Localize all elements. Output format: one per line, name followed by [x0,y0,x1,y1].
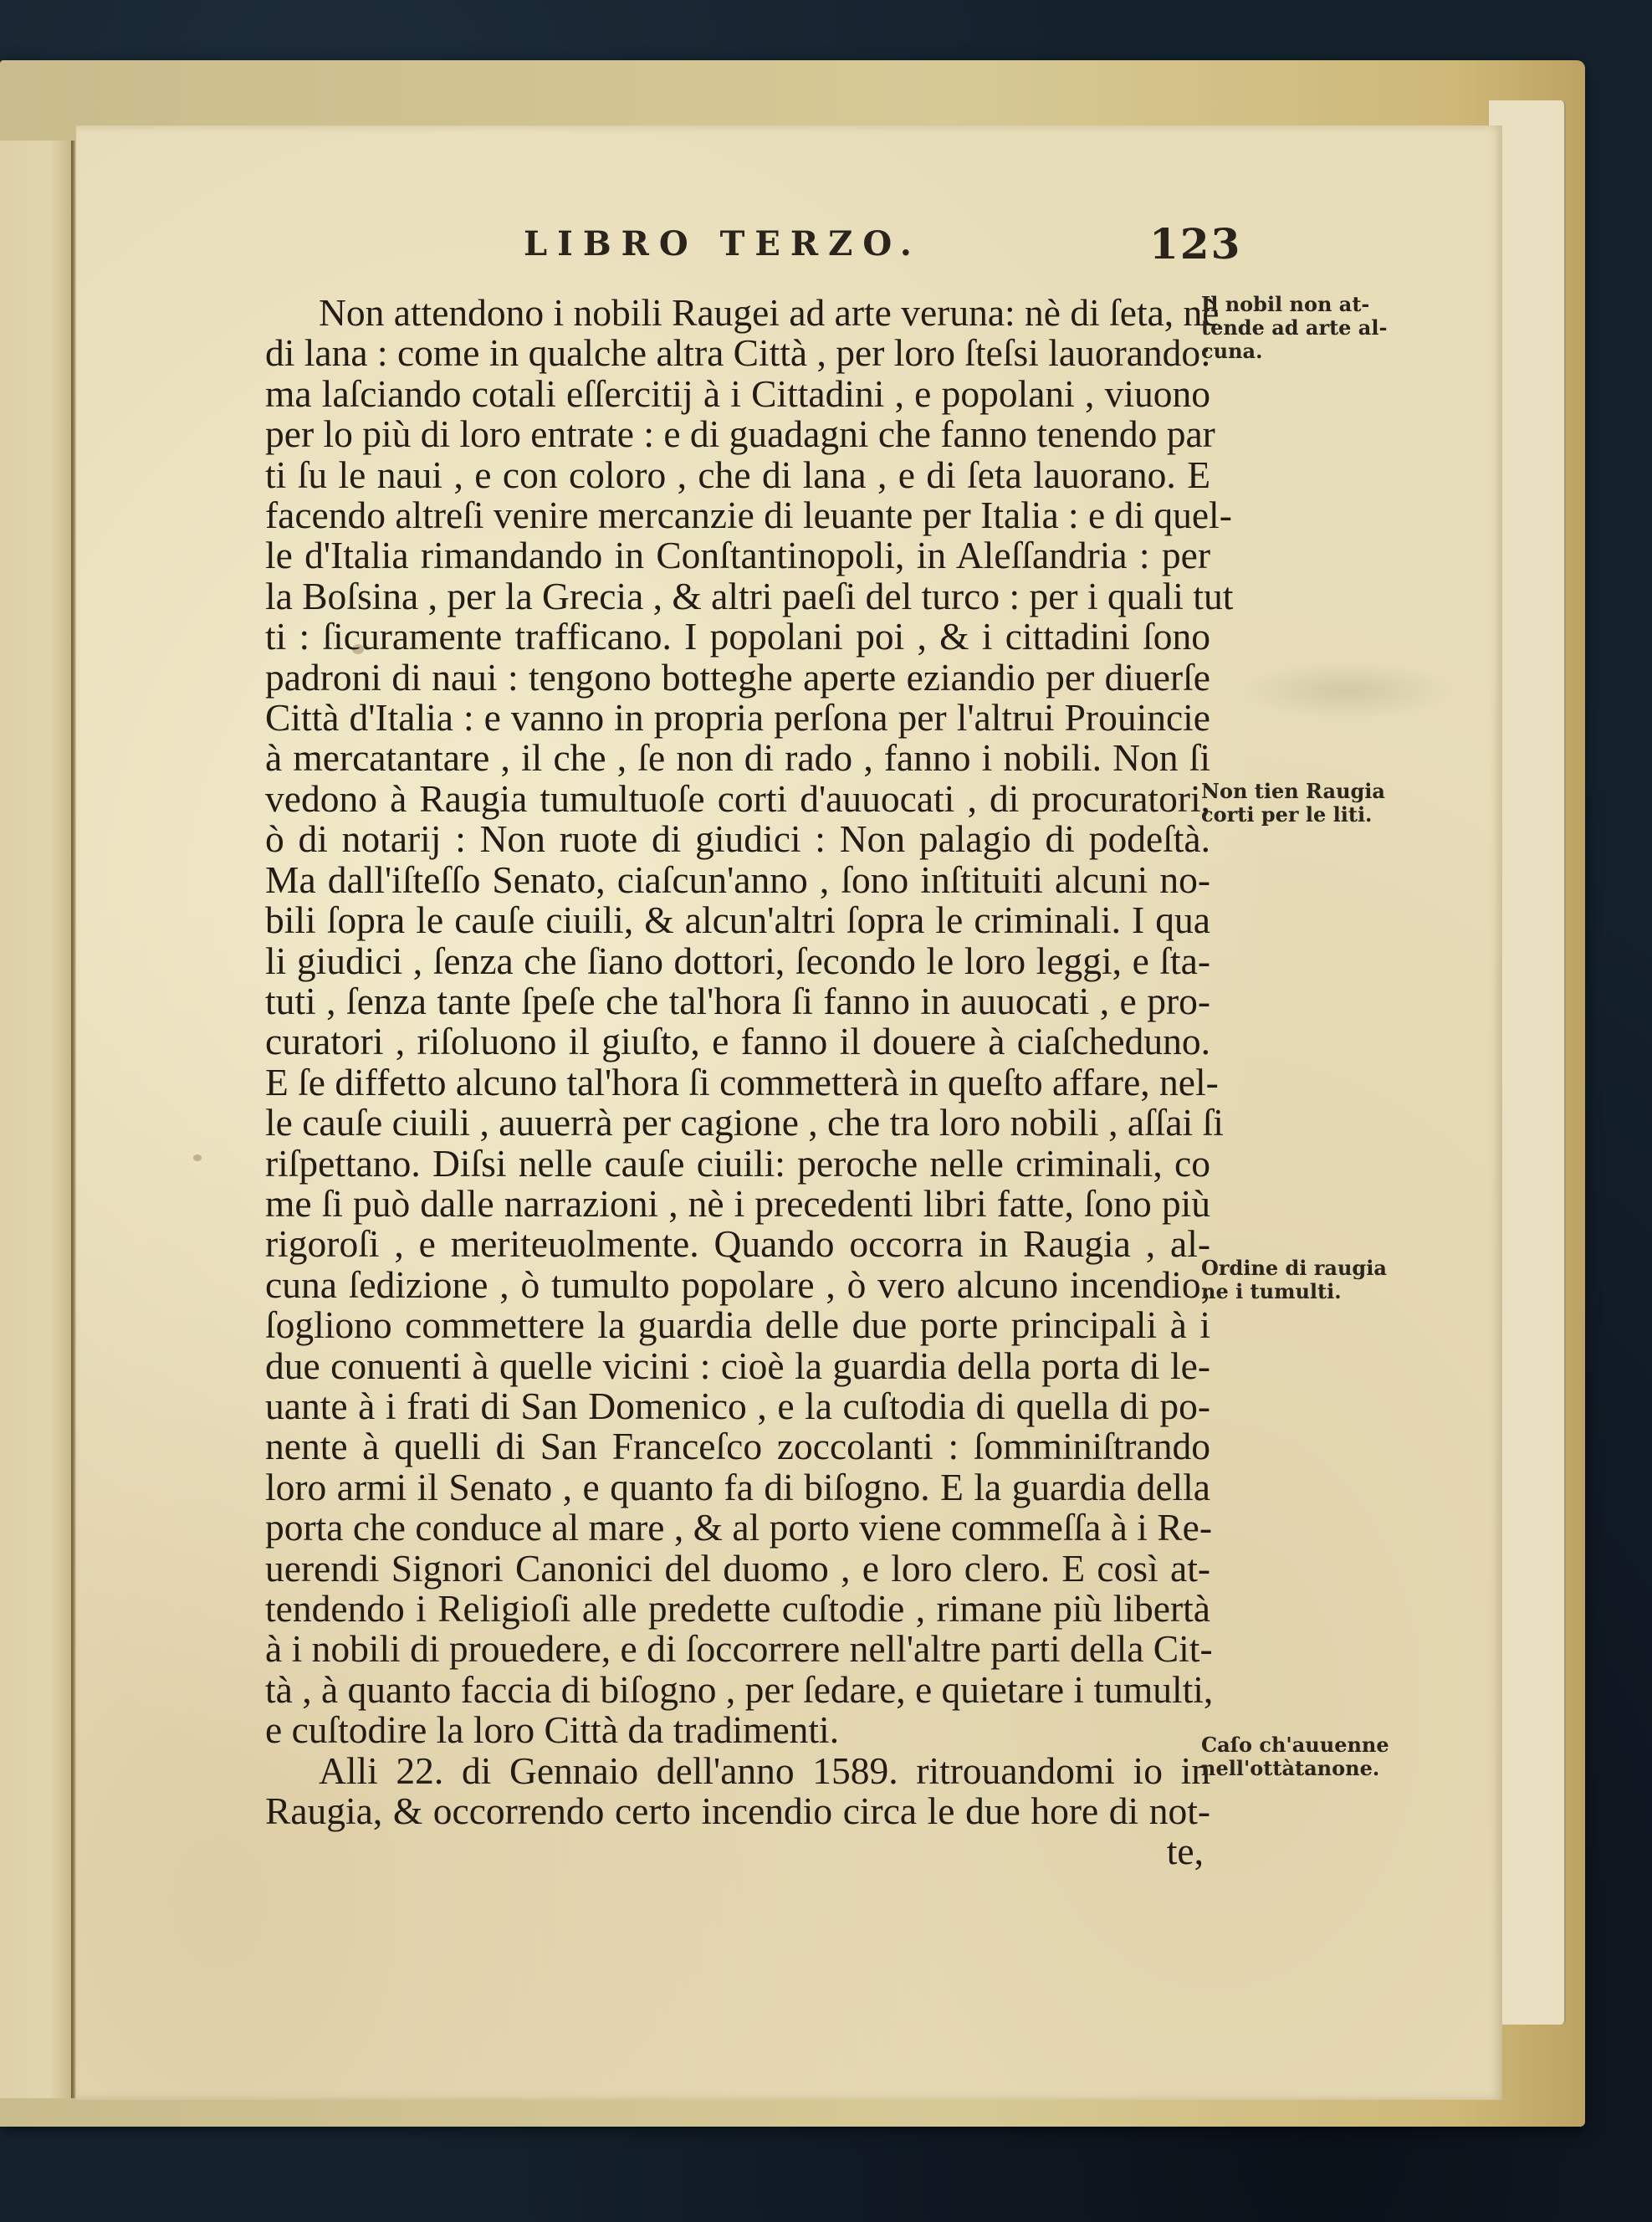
text-line: facendo altreſi venire mercanzie di leua… [265,495,1210,535]
text-line: ti ſu le naui , e con coloro , che di la… [265,455,1210,495]
text-line: le d'Italia rimandando in Conſtantinopol… [265,535,1210,576]
marginal-note: Ordine di raugia ne i tumulti. [1201,1257,1469,1303]
catchword: te, [265,1831,1210,1871]
page-number: 123 [1149,219,1241,269]
text-line: tà , à quanto faccia di biſogno , per ſe… [265,1670,1210,1710]
text-line: tendendo i Religioſi alle predette cuſto… [265,1589,1210,1629]
text-line: curatori , riſoluono il giuſto, e fanno … [265,1021,1210,1062]
text-line: la Boſsina , per la Grecia , & altri pae… [265,576,1210,617]
text-line: ò di notarij : Non ruote di giudici : No… [265,819,1210,859]
text-line: le cauſe ciuili , auuerrà per cagione , … [265,1103,1210,1143]
text-line: à mercatantare , il che , ſe non di rado… [265,738,1210,778]
marginal-note: Non tien Raugia corti per le liti. [1201,780,1469,827]
text-line: per lo più di loro entrate : e di guadag… [265,414,1210,454]
running-title: LIBRO TERZO. [524,224,922,264]
text-line: loro armi il Senato , e quanto fa di biſ… [265,1467,1210,1508]
text-line: à i nobili di prouedere, e di ſoccorrere… [265,1629,1210,1669]
text-line: riſpettano. Diſsi nelle cauſe ciuili: pe… [265,1144,1210,1184]
text-line: me ſi può dalle narrazioni , nè i preced… [265,1184,1210,1224]
text-line: bili ſopra le cauſe ciuili, & alcun'altr… [265,900,1210,940]
main-text-block: Non attendono i nobili Raugei ad arte ve… [265,293,1210,1872]
show-through-text [1239,661,1456,719]
facing-page-edge [0,141,71,2098]
text-line: uante à i frati di San Domenico , e la c… [265,1386,1210,1426]
text-line: e cuſtodire la loro Città da tradimenti. [265,1710,1210,1750]
text-line: Città d'Italia : e vanno in propria perſ… [265,698,1210,738]
text-line: ſogliono commettere la guardia delle due… [265,1305,1210,1345]
text-line: di lana : come in qualche altra Città , … [265,333,1210,373]
text-line: Non attendono i nobili Raugei ad arte ve… [265,293,1210,333]
text-line: tuti , ſenza tante ſpeſe che tal'hora ſi… [265,981,1210,1021]
text-line: vedono à Raugia tumultuoſe corti d'auuoc… [265,779,1210,819]
marginal-note: Caſo ch'auuenne nell'ottàtanone. [1201,1733,1469,1780]
running-head: LIBRO TERZO. 123 [524,224,1276,264]
text-line: due conuenti à quelle vicini : cioè la g… [265,1346,1210,1386]
book-page: LIBRO TERZO. 123 Non attendono i nobili … [76,125,1502,2100]
text-line: padroni di naui : tengono botteghe apert… [265,658,1210,698]
text-line: Ma dall'iſteſſo Senato, ciaſcun'anno , ſ… [265,860,1210,900]
text-line: ti : ſicuramente trafficano. I popolani … [265,617,1210,657]
text-line: Alli 22. di Gennaio dell'anno 1589. ritr… [265,1751,1210,1791]
text-line: nente à quelli di San Franceſco zoccolan… [265,1426,1210,1467]
text-line: Raugia, & occorrendo certo incendio circ… [265,1791,1210,1831]
text-line: porta che conduce al mare , & al porto v… [265,1508,1210,1548]
text-line: li giudici , ſenza che ſiano dottori, ſe… [265,941,1210,981]
text-line: uerendi Signori Canonici del duomo , e l… [265,1549,1210,1589]
text-line: E ſe diffetto alcuno tal'hora ſi commett… [265,1062,1210,1103]
text-line: rigoroſi , e meriteuolmente. Quando occo… [265,1224,1210,1264]
marginal-note: Il nobil non at- tende ad arte al- cuna. [1201,293,1469,363]
text-line: ma laſciando cotali eſſercitij à i Citta… [265,374,1210,414]
text-line: cuna ſedizione , ò tumulto popolare , ò … [265,1265,1210,1305]
